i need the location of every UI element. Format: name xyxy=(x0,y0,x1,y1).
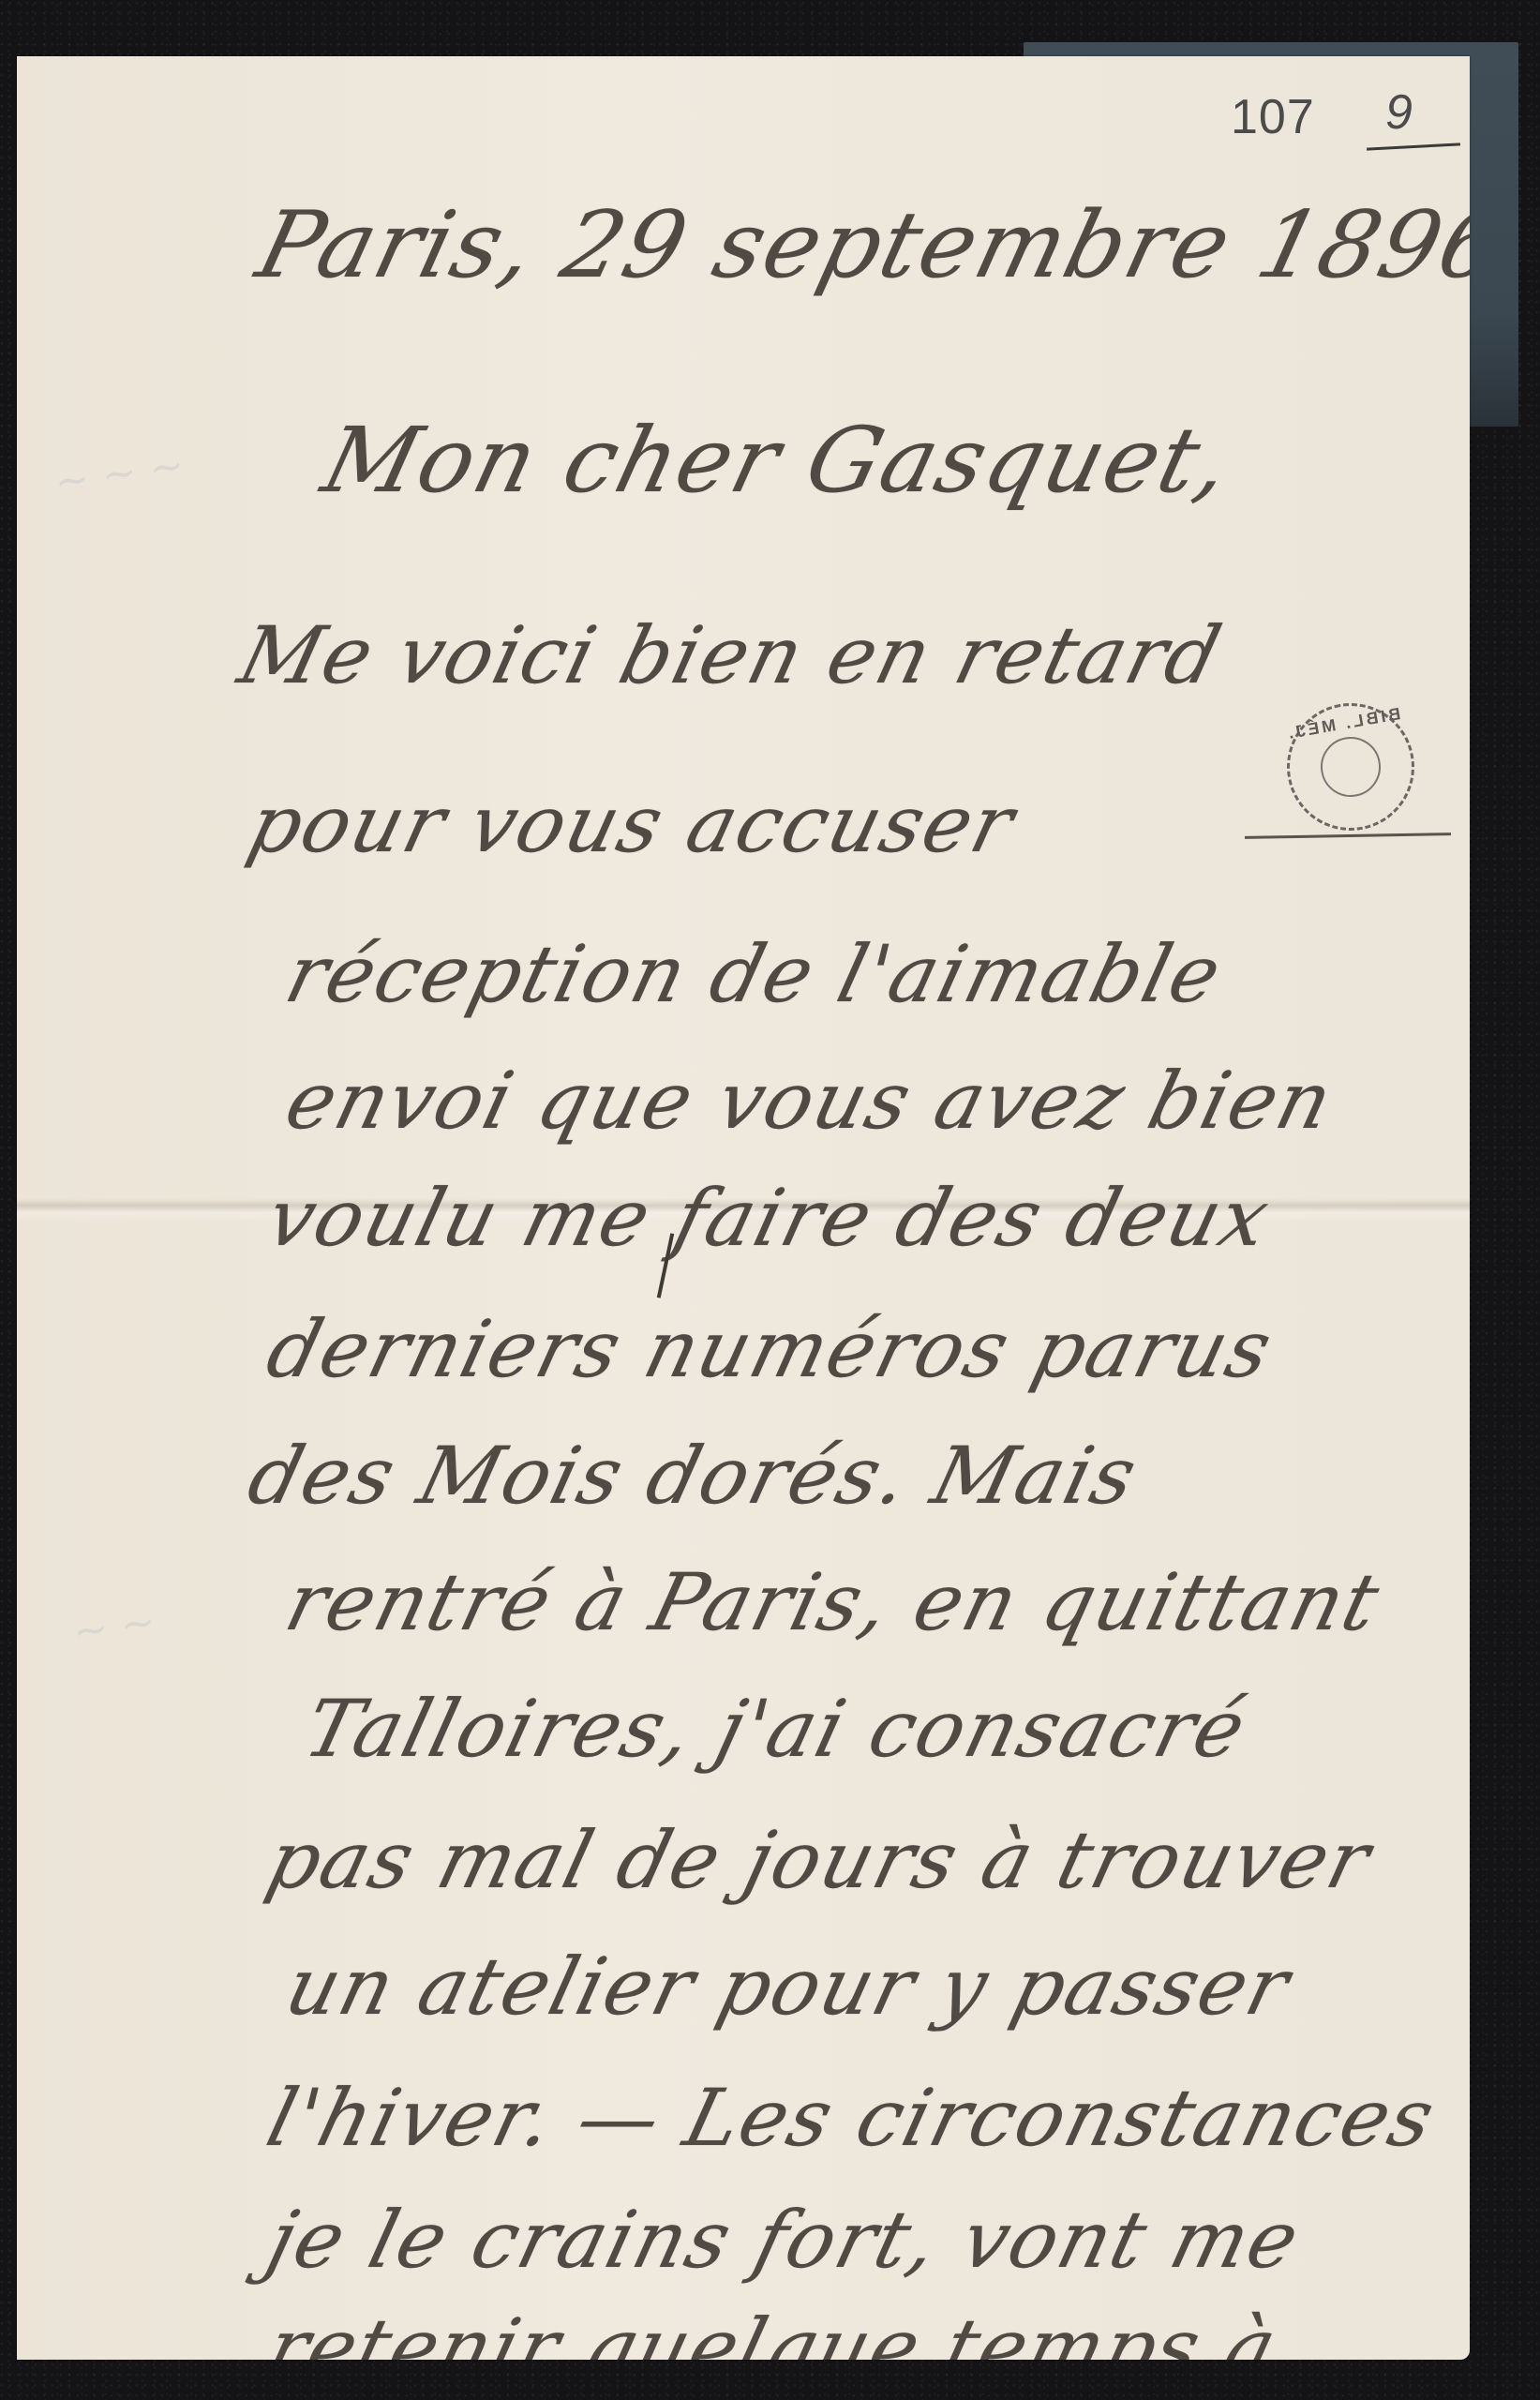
page-number: 9 xyxy=(1385,84,1413,141)
letter-body-line: l'hiver. — Les circonstances xyxy=(259,2072,1445,2164)
page-number-underline xyxy=(1367,142,1460,150)
bleed-through-text: ~ ~ ~ xyxy=(52,442,187,507)
letter-body-line: je le crains fort, vont me xyxy=(259,2194,1309,2286)
pen-stroke xyxy=(1245,832,1451,839)
letter-body-line: Talloires, j'ai consacré xyxy=(296,1683,1256,1775)
letter-body-line: réception de l'aimable xyxy=(277,928,1232,1020)
letter-greeting: Mon cher Gasquet, xyxy=(313,408,1243,513)
letter-body-line: rentré à Paris, en quittant xyxy=(277,1556,1390,1648)
letter-date-line: Paris, 29 septembre 1896. xyxy=(247,192,1470,299)
letter-body-line: retenir quelque temps à xyxy=(259,2302,1287,2360)
letter-body-line: pour vous accuser xyxy=(240,778,1024,870)
folio-number: 107 xyxy=(1231,89,1315,145)
letter-body-line: voulu me faire des deux xyxy=(259,1172,1279,1264)
letter-body-line: Me voici bien en retard xyxy=(231,609,1232,701)
letter-body-line: pas mal de jours à trouver xyxy=(259,1814,1381,1906)
letter-page: ~ ~ ~ ~ ~ 107 9 Paris, 29 septembre 1896… xyxy=(17,56,1470,2360)
letter-body-line: des Mois dorés. Mais xyxy=(240,1430,1147,1522)
library-stamp-icon: BIBL. MÉJ. xyxy=(1277,693,1425,841)
bleed-through-text: ~ ~ xyxy=(70,1597,158,1657)
letter-body-line: un atelier pour y passer xyxy=(277,1941,1300,2032)
stamp-inner-circle xyxy=(1316,732,1385,802)
letter-body-line: envoi que vous avez bien xyxy=(277,1055,1343,1147)
letter-body-line: derniers numéros parus xyxy=(259,1303,1282,1395)
